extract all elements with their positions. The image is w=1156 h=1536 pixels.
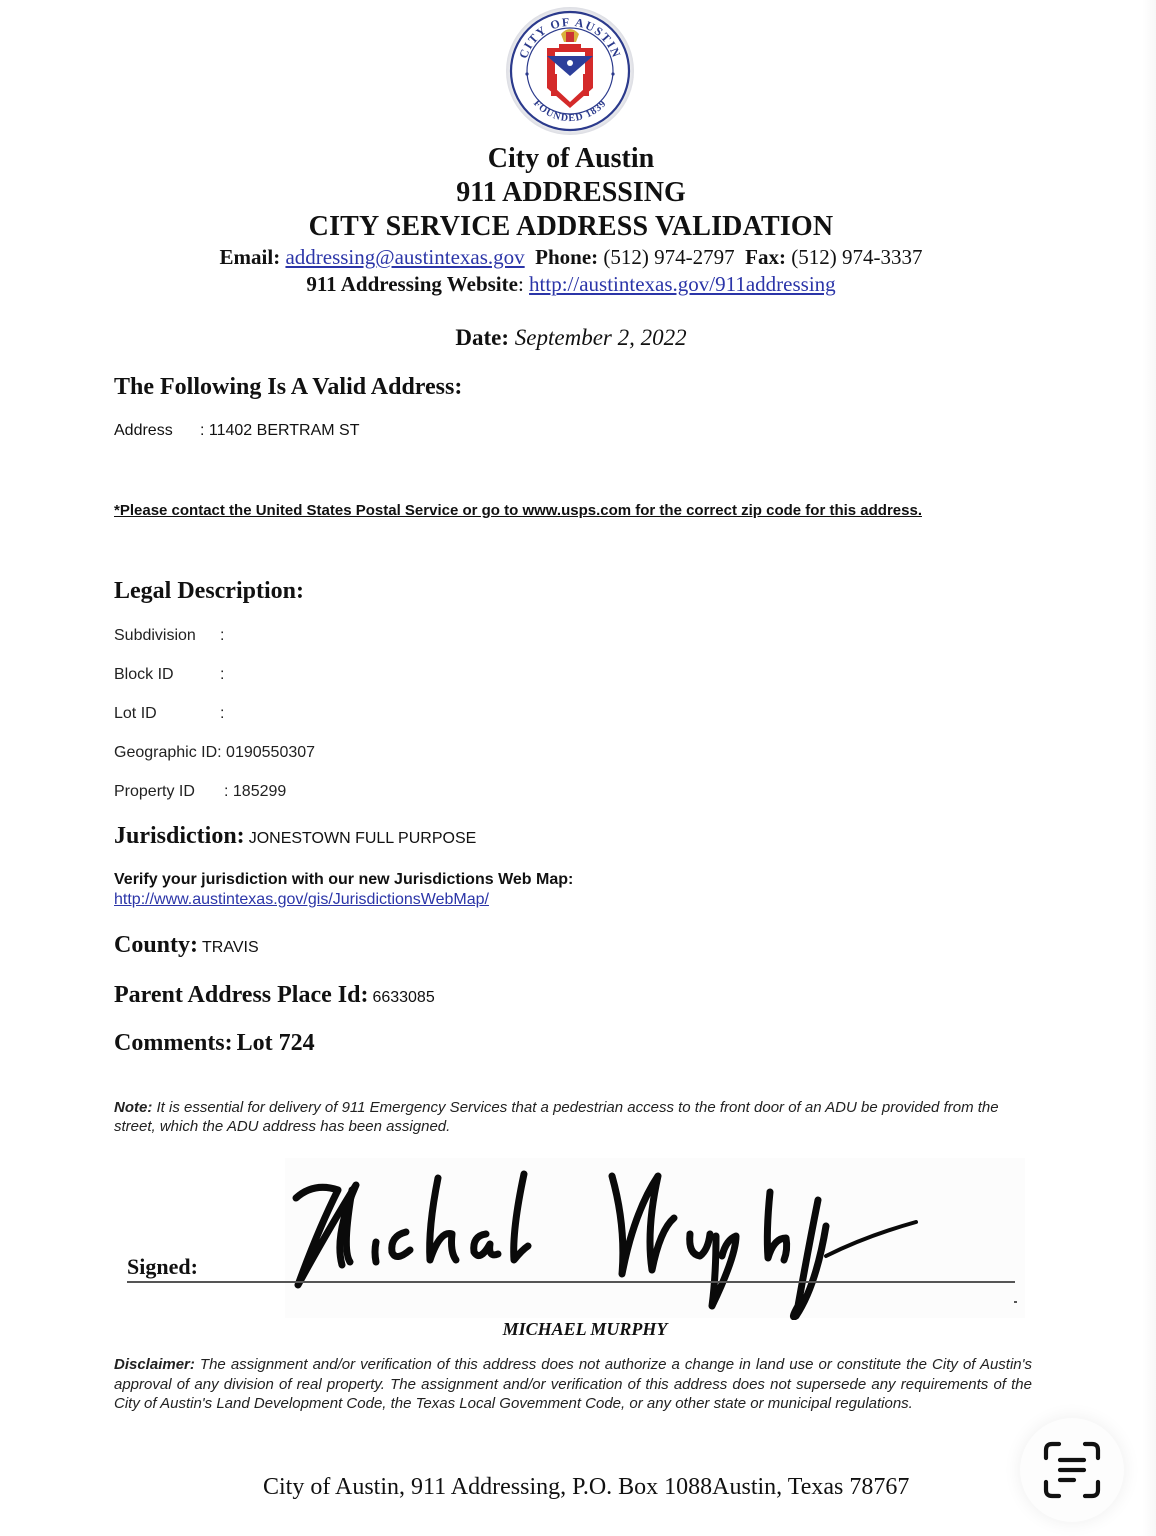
city-seal-icon: CITY OF AUSTIN FOUNDED 1839 — [503, 4, 637, 138]
signature-line — [127, 1281, 1015, 1283]
email-link[interactable]: addressing@austintexas.gov — [285, 245, 524, 269]
geographic-id-value: 0190550307 — [222, 744, 315, 761]
disclaimer-label: Disclaimer: — [114, 1356, 195, 1373]
subdivision-label: Subdivision — [114, 627, 220, 645]
contact-line: Email: addressing@austintexas.gov Phone:… — [0, 245, 1142, 270]
lot-id-value: : — [220, 705, 224, 722]
geographic-id-label: Geographic ID: — [114, 744, 222, 762]
disclaimer-text: The assignment and/or verification of th… — [114, 1356, 1032, 1412]
property-id-label: Property ID — [114, 783, 224, 801]
page-edge-shade — [1142, 0, 1156, 1536]
block-id-row: Block ID: — [114, 666, 224, 684]
jurisdiction-row: Jurisdiction: JONESTOWN FULL PURPOSE — [114, 823, 476, 850]
county-row: County: TRAVIS — [114, 932, 259, 959]
address-value: : 11402 BERTRAM ST — [200, 422, 359, 439]
adu-note: Note: It is essential for delivery of 91… — [114, 1098, 1014, 1136]
title-city: City of Austin — [0, 143, 1142, 175]
signer-name: MICHAEL MURPHY — [0, 1319, 1156, 1340]
comments-row: Comments: Lot 724 — [114, 1030, 315, 1057]
block-id-value: : — [220, 666, 224, 683]
footer-mailing-address: City of Austin, 911 Addressing, P.O. Box… — [263, 1474, 909, 1501]
lot-id-row: Lot ID: — [114, 705, 224, 723]
parent-address-label: Parent Address Place Id: — [114, 982, 368, 1008]
signature-line-mark — [1014, 1301, 1017, 1303]
comments-label: Comments: — [114, 1030, 233, 1056]
geographic-id-row: Geographic ID: 0190550307 — [114, 744, 315, 762]
jurisdiction-value: JONESTOWN FULL PURPOSE — [249, 830, 477, 847]
legal-description-heading: Legal Description: — [114, 578, 304, 605]
fax-number: (512) 974-3337 — [791, 245, 922, 269]
email-label: Email: — [220, 245, 281, 269]
lot-id-label: Lot ID — [114, 705, 220, 723]
date-label: Date: — [455, 325, 509, 350]
valid-address-heading: The Following Is A Valid Address: — [114, 374, 462, 401]
subdivision-row: Subdivision: — [114, 627, 224, 645]
website-colon: : — [518, 272, 529, 296]
signed-label: Signed: — [127, 1254, 198, 1280]
address-label: Address — [114, 422, 200, 440]
city-seal-logo: CITY OF AUSTIN FOUNDED 1839 — [503, 4, 637, 138]
verify-jurisdiction-block: Verify your jurisdiction with our new Ju… — [114, 870, 573, 910]
block-id-label: Block ID — [114, 666, 220, 684]
jurisdiction-label: Jurisdiction: — [114, 823, 245, 849]
comments-value: Lot 724 — [237, 1030, 315, 1056]
parent-address-value: 6633085 — [372, 989, 434, 1006]
date-line: Date: September 2, 2022 — [0, 325, 1142, 351]
phone-number: (512) 974-2797 — [603, 245, 734, 269]
website-line: 911 Addressing Website: http://austintex… — [0, 272, 1142, 297]
jurisdictions-web-map-link[interactable]: http://www.austintexas.gov/gis/Jurisdict… — [114, 891, 489, 908]
disclaimer: Disclaimer: The assignment and/or verifi… — [114, 1355, 1032, 1414]
usps-zip-note: *Please contact the United States Postal… — [114, 502, 922, 519]
property-id-row: Property ID: 185299 — [114, 783, 286, 801]
address-row: Address: 11402 BERTRAM ST — [114, 422, 359, 440]
parent-address-row: Parent Address Place Id: 6633085 — [114, 982, 435, 1009]
note-text: It is essential for delivery of 911 Emer… — [114, 1099, 999, 1135]
handwritten-signature-icon — [290, 1160, 930, 1320]
county-label: County: — [114, 932, 198, 958]
fax-label: Fax: — [745, 245, 786, 269]
verify-jurisdiction-text: Verify your jurisdiction with our new Ju… — [114, 870, 573, 890]
live-text-button[interactable] — [1020, 1418, 1124, 1522]
website-label: 911 Addressing Website — [306, 272, 518, 296]
county-value: TRAVIS — [202, 939, 259, 956]
title-department: 911 ADDRESSING — [0, 177, 1142, 209]
website-link[interactable]: http://austintexas.gov/911addressing — [529, 272, 836, 296]
text-scan-icon — [1042, 1440, 1102, 1500]
document-title: CITY SERVICE ADDRESS VALIDATION — [0, 211, 1142, 243]
property-id-value: : 185299 — [224, 783, 286, 800]
subdivision-value: : — [220, 627, 224, 644]
phone-label: Phone: — [535, 245, 598, 269]
date-value: September 2, 2022 — [515, 325, 687, 350]
note-label: Note: — [114, 1099, 152, 1116]
